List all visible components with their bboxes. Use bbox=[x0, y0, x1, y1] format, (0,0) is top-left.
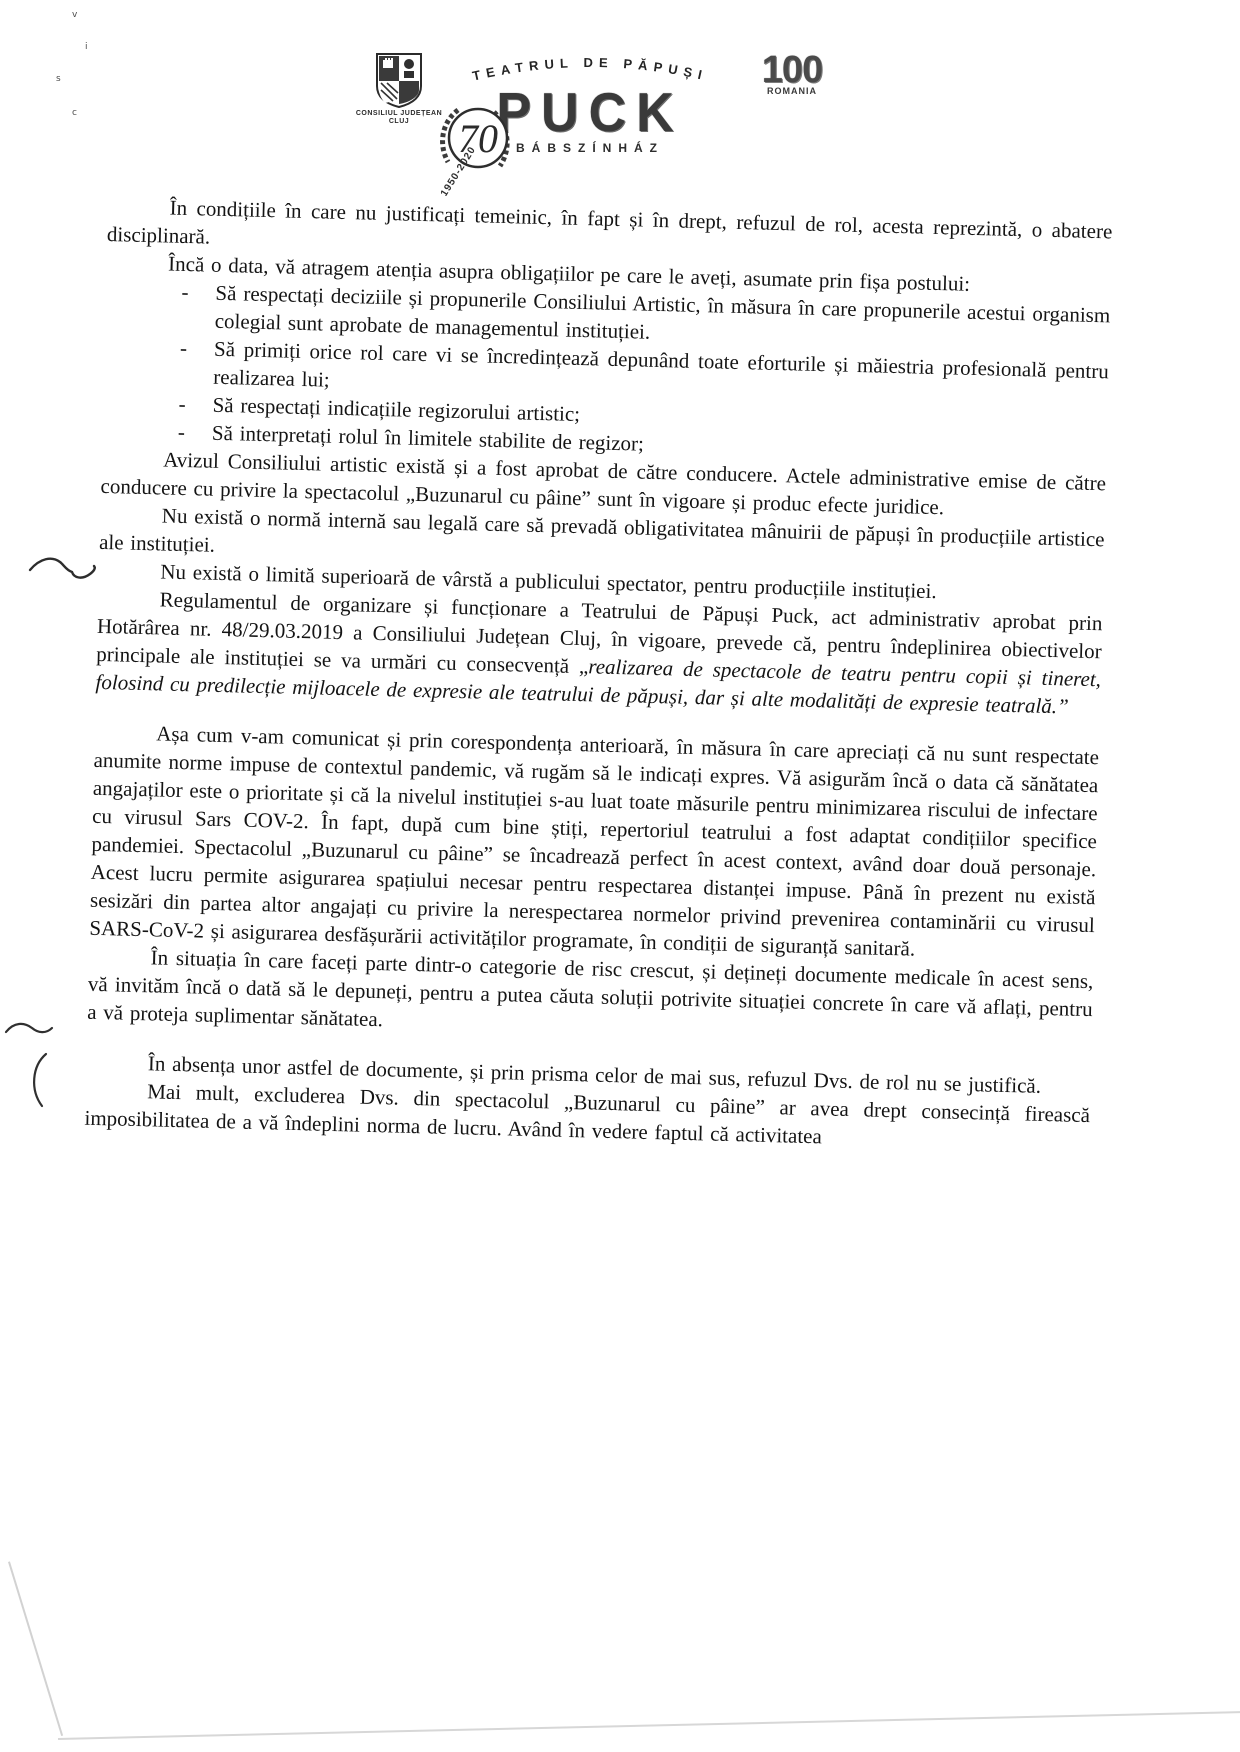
scan-speck: c bbox=[72, 108, 77, 118]
paragraph: Așa cum v-am comunicat și prin corespond… bbox=[89, 718, 1099, 967]
scan-speck: i bbox=[85, 42, 88, 52]
bullet-dash: - bbox=[178, 390, 213, 419]
scan-speck: s bbox=[56, 74, 61, 84]
handwritten-squiggle-mark bbox=[28, 552, 100, 586]
svg-text:TEATRUL DE PĂPUȘI: TEATRUL DE PĂPUȘI bbox=[471, 55, 709, 84]
county-crest-icon bbox=[375, 52, 423, 108]
bullet-dash: - bbox=[178, 418, 213, 447]
scan-speck: v bbox=[72, 10, 77, 20]
handwritten-squiggle-mark bbox=[4, 1018, 56, 1044]
bullet-dash: - bbox=[179, 334, 214, 391]
page-edge-shadow bbox=[8, 1561, 63, 1736]
bullet-dash: - bbox=[180, 278, 215, 335]
70th-anniversary-badge: 70 1950-2020 bbox=[428, 96, 528, 196]
handwritten-arc-mark bbox=[26, 1052, 52, 1108]
romania-centenary-logo: 100 ROMANIA bbox=[752, 52, 832, 96]
letterhead: CONSILIUL JUDEȚEAN CLUJ TEATRUL DE PĂPUȘ… bbox=[0, 0, 1240, 190]
theater-name-arc: TEATRUL DE PĂPUȘI bbox=[460, 50, 720, 84]
page-edge-shadow bbox=[58, 1711, 1240, 1740]
letter-body: În condițiile în care nu justificați tem… bbox=[84, 192, 1112, 1157]
scanned-letter-page: CONSILIUL JUDEȚEAN CLUJ TEATRUL DE PĂPUȘ… bbox=[0, 0, 1240, 1752]
centenary-number: 100 bbox=[752, 52, 832, 88]
